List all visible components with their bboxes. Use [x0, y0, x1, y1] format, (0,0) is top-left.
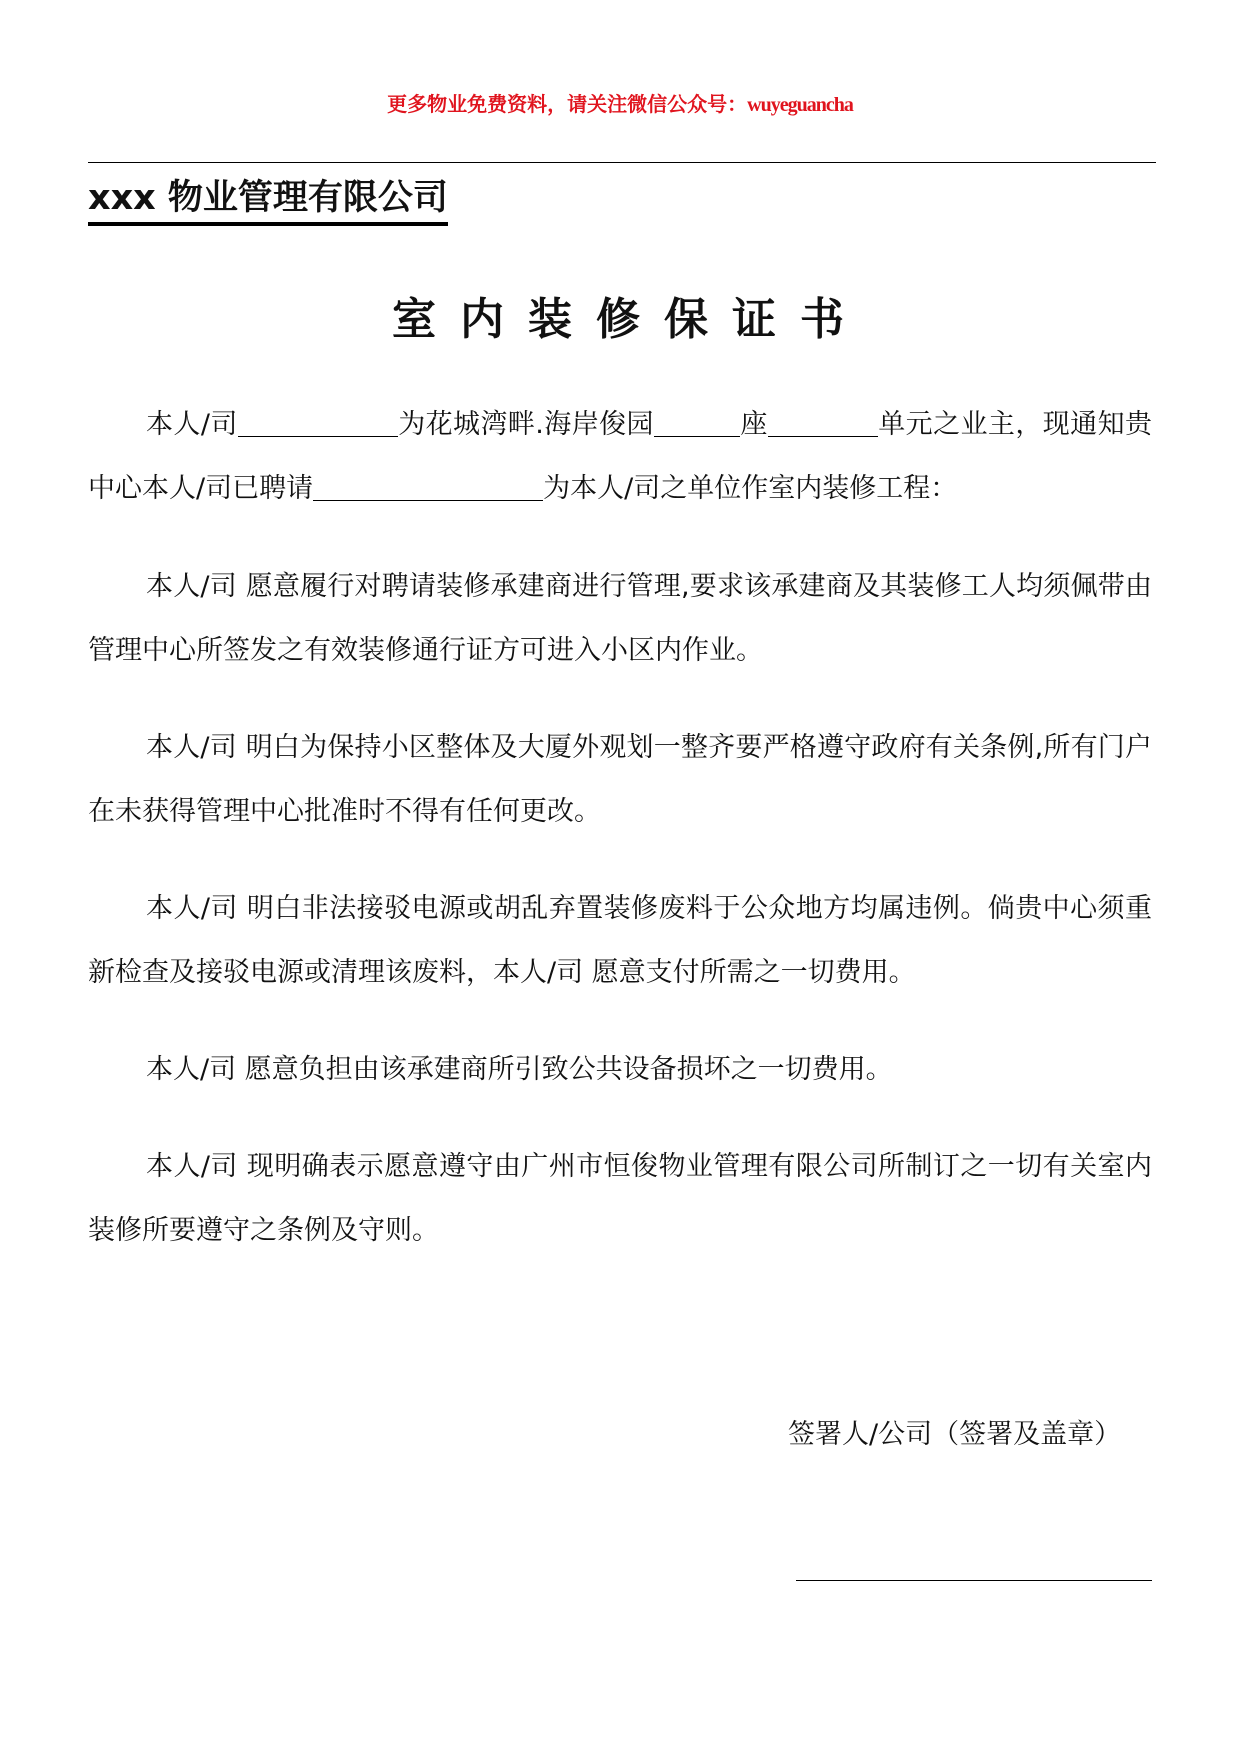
- promo-banner: 更多物业免费资料，请关注微信公众号：wuyeguancha: [0, 88, 1240, 117]
- intro-paragraph: 本人/司为花城湾畔.海岸俊园座单元之业主，现通知贵中心本人/司已聘请为本人/司之…: [88, 393, 1152, 521]
- clause-paragraph: 本人/司 明白非法接驳电源或胡乱弃置装修废料于公众地方均属违例。倘贵中心须重新检…: [88, 877, 1152, 1005]
- header-divider: [88, 162, 1156, 163]
- building-blank[interactable]: [654, 408, 740, 437]
- signature-line[interactable]: [796, 1580, 1152, 1581]
- signature-label: 签署人/公司（签署及盖章）: [788, 1412, 1121, 1451]
- clause-paragraph: 本人/司 愿意履行对聘请装修承建商进行管理,要求该承建商及其装修工人均须佩带由管…: [88, 555, 1152, 683]
- intro-text: 座: [740, 409, 768, 440]
- document-title: 室内装修保证书: [0, 283, 1240, 347]
- clause-paragraph: 本人/司 明白为保持小区整体及大厦外观划一整齐要严格遵守政府有关条例,所有门户在…: [88, 716, 1152, 844]
- intro-text: 为花城湾畔.海岸俊园: [398, 409, 654, 440]
- promo-text: 更多物业免费资料，请关注微信公众号：: [387, 92, 747, 116]
- company-name: xxx 物业管理有限公司: [88, 176, 448, 226]
- intro-text: 本人/司: [146, 409, 238, 440]
- clause-paragraph: 本人/司 愿意负担由该承建商所引致公共设备损坏之一切费用。: [88, 1038, 1152, 1102]
- wechat-account: wuyeguancha: [747, 94, 853, 116]
- contractor-blank[interactable]: [313, 472, 543, 501]
- clause-paragraph: 本人/司 现明确表示愿意遵守由广州市恒俊物业管理有限公司所制订之一切有关室内装修…: [88, 1135, 1152, 1263]
- owner-name-blank[interactable]: [238, 408, 398, 437]
- unit-blank[interactable]: [768, 408, 878, 437]
- intro-text: 为本人/司之单位作室内装修工程：: [543, 473, 957, 504]
